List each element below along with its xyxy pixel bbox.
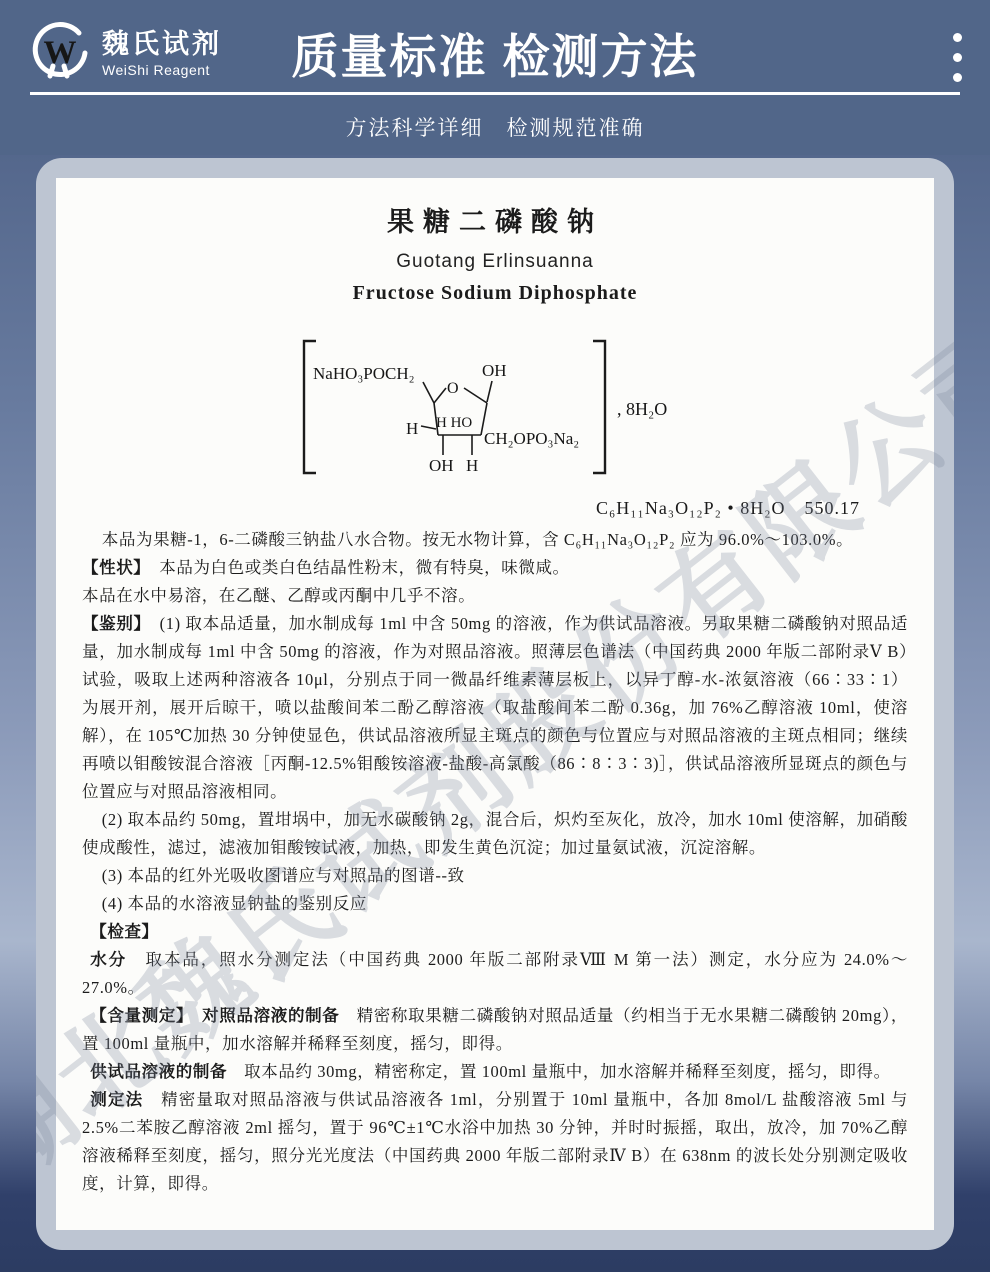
doc-title-cn: 果糖二磷酸钠 <box>82 200 908 239</box>
paragraph-text: 取本品约 30mg，精密称定，置 100ml 量瓶中，加水溶解并稀释至刻度，摇匀… <box>227 1062 891 1081</box>
doc-paragraph: (4) 本品的水溶液显钠盐的鉴别反应 <box>82 890 908 918</box>
paragraph-lead: 【性状】 <box>82 558 142 577</box>
doc-title-en: Fructose Sodium Diphosphate <box>82 282 908 305</box>
doc-paragraph: 【鉴别】 (1) 取本品适量，加水制成每 1ml 中含 50mg 的溶液，作为供… <box>82 610 908 806</box>
monograph-body: 本品为果糖-1，6-二磷酸三钠盐八水合物。按无水物计算，含 C₆H₁₁Na₃O₁… <box>82 526 908 1198</box>
paragraph-lead: 测定法 <box>90 1090 143 1109</box>
structure-label-bottom-h: H <box>466 456 478 475</box>
structure-label-right-chain: CH₂OPO₃Na₂ <box>484 429 579 448</box>
doc-paragraph: 测定法 精密量取对照品溶液与供试品溶液各 1ml，分别置于 10ml 量瓶中，各… <box>82 1086 908 1198</box>
doc-paragraph: 【检查】 <box>82 918 908 946</box>
page-header: W 魏氏试剂 WeiShi Reagent 质量标准 检测方法 方法科学详细 检… <box>0 0 990 155</box>
brand-w-icon: W <box>28 20 92 89</box>
header-divider <box>30 92 960 95</box>
doc-paragraph: 本品为果糖-1，6-二磷酸三钠盐八水合物。按无水物计算，含 C₆H₁₁Na₃O₁… <box>82 526 908 554</box>
paragraph-lead: 水分 <box>90 950 127 969</box>
doc-paragraph: 【性状】 本品为白色或类白色结晶性粉末，微有特臭，味微咸。 <box>82 554 908 582</box>
doc-paragraph: 水分 取本品，照水分测定法（中国药典 2000 年版二部附录Ⅷ M 第一法）测定… <box>82 946 908 1002</box>
structure-label-inner: H HO <box>436 415 472 431</box>
chemical-structure-diagram: NaHO₃POCH₂ O OH H HO H CH₂OPO₃Na₂ OH H ,… <box>82 331 908 488</box>
paragraph-text: 取本品，照水分测定法（中国药典 2000 年版二部附录Ⅷ M 第一法）测定，水分… <box>82 950 908 997</box>
paragraph-lead: 【含量测定】 对照品溶液的制备 <box>90 1006 339 1025</box>
structure-label-hydrate: , 8H₂O <box>617 399 667 419</box>
paragraph-text: (3) 本品的红外光吸收图谱应与对照品的图谱--致 <box>102 866 465 885</box>
content-card: 湖北魏氏试剂股份有限公司 果糖二磷酸钠 Guotang Erlinsuanna … <box>36 158 954 1250</box>
doc-paragraph: (3) 本品的红外光吸收图谱应与对照品的图谱--致 <box>82 862 908 890</box>
structure-label-top-right: OH <box>482 361 507 380</box>
structure-label-ring-o: O <box>447 380 459 397</box>
svg-text:W: W <box>44 35 77 71</box>
doc-paragraph: 【含量测定】 对照品溶液的制备 精密称取果糖二磷酸钠对照品适量（约相当于无水果糖… <box>82 1002 908 1058</box>
paragraph-text: 本品为白色或类白色结晶性粉末，微有特臭，味微咸。 <box>142 558 570 577</box>
paragraph-text: 本品为果糖-1，6-二磷酸三钠盐八水合物。按无水物计算，含 C₆H₁₁Na₃O₁… <box>102 530 853 549</box>
page-title: 质量标准 检测方法 <box>120 20 870 87</box>
structure-label-bottom-oh: OH <box>429 456 454 475</box>
paragraph-lead: 供试品溶液的制备 <box>90 1062 227 1081</box>
doc-paragraph: 供试品溶液的制备 取本品约 30mg，精密称定，置 100ml 量瓶中，加水溶解… <box>82 1058 908 1086</box>
doc-paragraph: (2) 取本品约 50mg，置坩埚中，加无水碳酸钠 2g，混合后，炽灼至灰化，放… <box>82 806 908 862</box>
paragraph-text: (4) 本品的水溶液显钠盐的鉴别反应 <box>102 894 367 913</box>
doc-paragraph: 本品在水中易溶，在乙醚、乙醇或丙酮中几乎不溶。 <box>82 582 908 610</box>
page-subtitle: 方法科学详细 检测规范准确 <box>0 112 990 142</box>
document-page: 果糖二磷酸钠 Guotang Erlinsuanna Fructose Sodi… <box>56 178 934 1230</box>
paragraph-text: 精密量取对照品溶液与供试品溶液各 1ml，分别置于 10ml 量瓶中，各加 8m… <box>82 1090 908 1193</box>
structure-label-top-left: NaHO₃POCH₂ <box>313 364 415 383</box>
paragraph-lead: 【鉴别】 <box>82 614 143 633</box>
structure-label-left-h: H <box>406 419 418 438</box>
paragraph-text: 本品在水中易溶，在乙醚、乙醇或丙酮中几乎不溶。 <box>82 586 475 605</box>
paragraph-text: (2) 取本品约 50mg，置坩埚中，加无水碳酸钠 2g，混合后，炽灼至灰化，放… <box>82 810 908 857</box>
paragraph-text: (1) 取本品适量，加水制成每 1ml 中含 50mg 的溶液，作为供试品溶液。… <box>82 614 908 801</box>
doc-title-pinyin: Guotang Erlinsuanna <box>82 251 908 273</box>
vertical-ellipsis-icon[interactable] <box>953 33 962 82</box>
paragraph-lead: 【检查】 <box>90 922 158 941</box>
molecular-formula: C₆H₁₁Na₃O₁₂P₂ • 8H₂O 550.17 <box>82 494 908 520</box>
